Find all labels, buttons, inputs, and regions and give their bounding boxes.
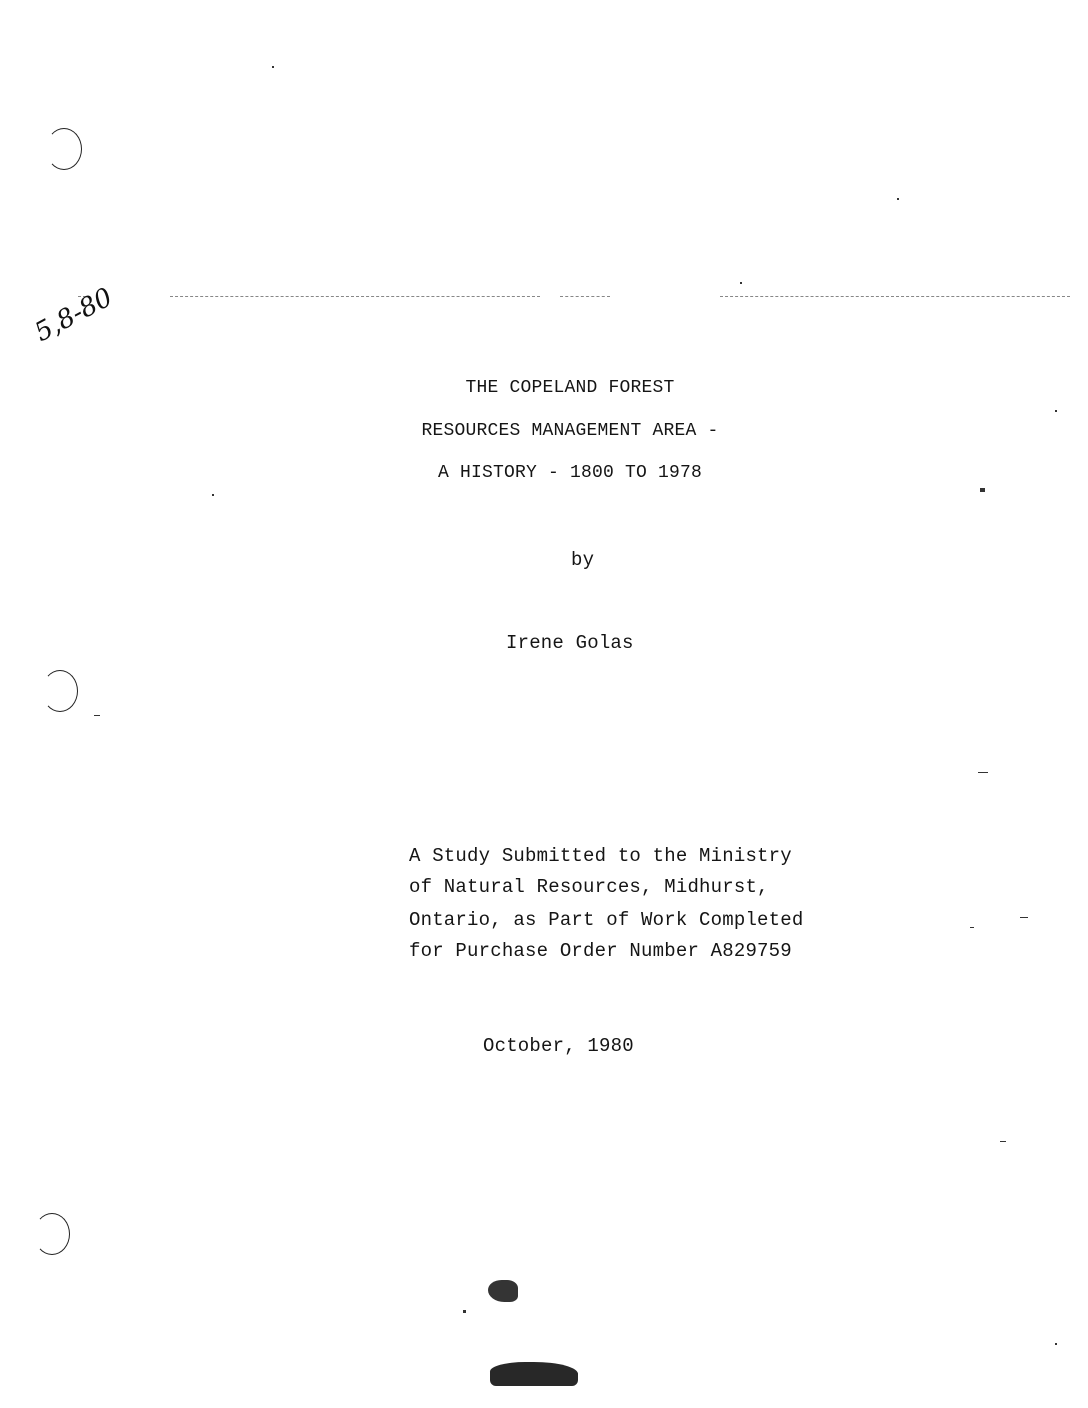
scan-speck xyxy=(1000,1141,1006,1142)
ink-blot xyxy=(488,1280,518,1302)
scan-speck xyxy=(212,494,214,496)
study-line-3: Ontario, as Part of Work Completed xyxy=(409,911,803,930)
scan-speck xyxy=(272,66,274,68)
scan-speck xyxy=(980,488,985,492)
handwritten-note: 5,8-80 xyxy=(30,282,118,348)
scan-speck xyxy=(1055,1343,1057,1345)
punch-hole-top xyxy=(46,128,82,170)
scan-speck xyxy=(978,772,988,773)
scan-rule-line xyxy=(560,296,610,297)
scanned-document-page: 5,8-80 THE COPELAND FOREST RESOURCES MAN… xyxy=(0,0,1088,1408)
scan-speck xyxy=(94,715,100,716)
punch-hole-middle xyxy=(42,670,78,712)
study-line-2: of Natural Resources, Midhurst, xyxy=(409,878,769,897)
scan-speck xyxy=(740,282,742,284)
scan-rule-line xyxy=(720,296,1070,297)
scan-rule-line xyxy=(170,296,540,297)
ink-blot xyxy=(490,1362,578,1386)
study-line-1: A Study Submitted to the Ministry xyxy=(409,847,792,866)
scan-speck xyxy=(1020,917,1028,918)
author-name: Irene Golas xyxy=(506,634,634,653)
title-line-3: A HISTORY - 1800 TO 1978 xyxy=(0,464,1088,482)
punch-hole-bottom xyxy=(34,1213,70,1255)
document-date: October, 1980 xyxy=(483,1037,634,1056)
scan-speck xyxy=(897,198,899,200)
by-label: by xyxy=(571,551,594,570)
scan-speck xyxy=(463,1310,466,1313)
title-line-1: THE COPELAND FOREST xyxy=(0,379,1088,397)
title-line-2: RESOURCES MANAGEMENT AREA - xyxy=(0,422,1088,440)
scan-speck xyxy=(1055,410,1057,412)
study-line-4: for Purchase Order Number A829759 xyxy=(409,942,792,961)
scan-speck xyxy=(970,927,974,928)
